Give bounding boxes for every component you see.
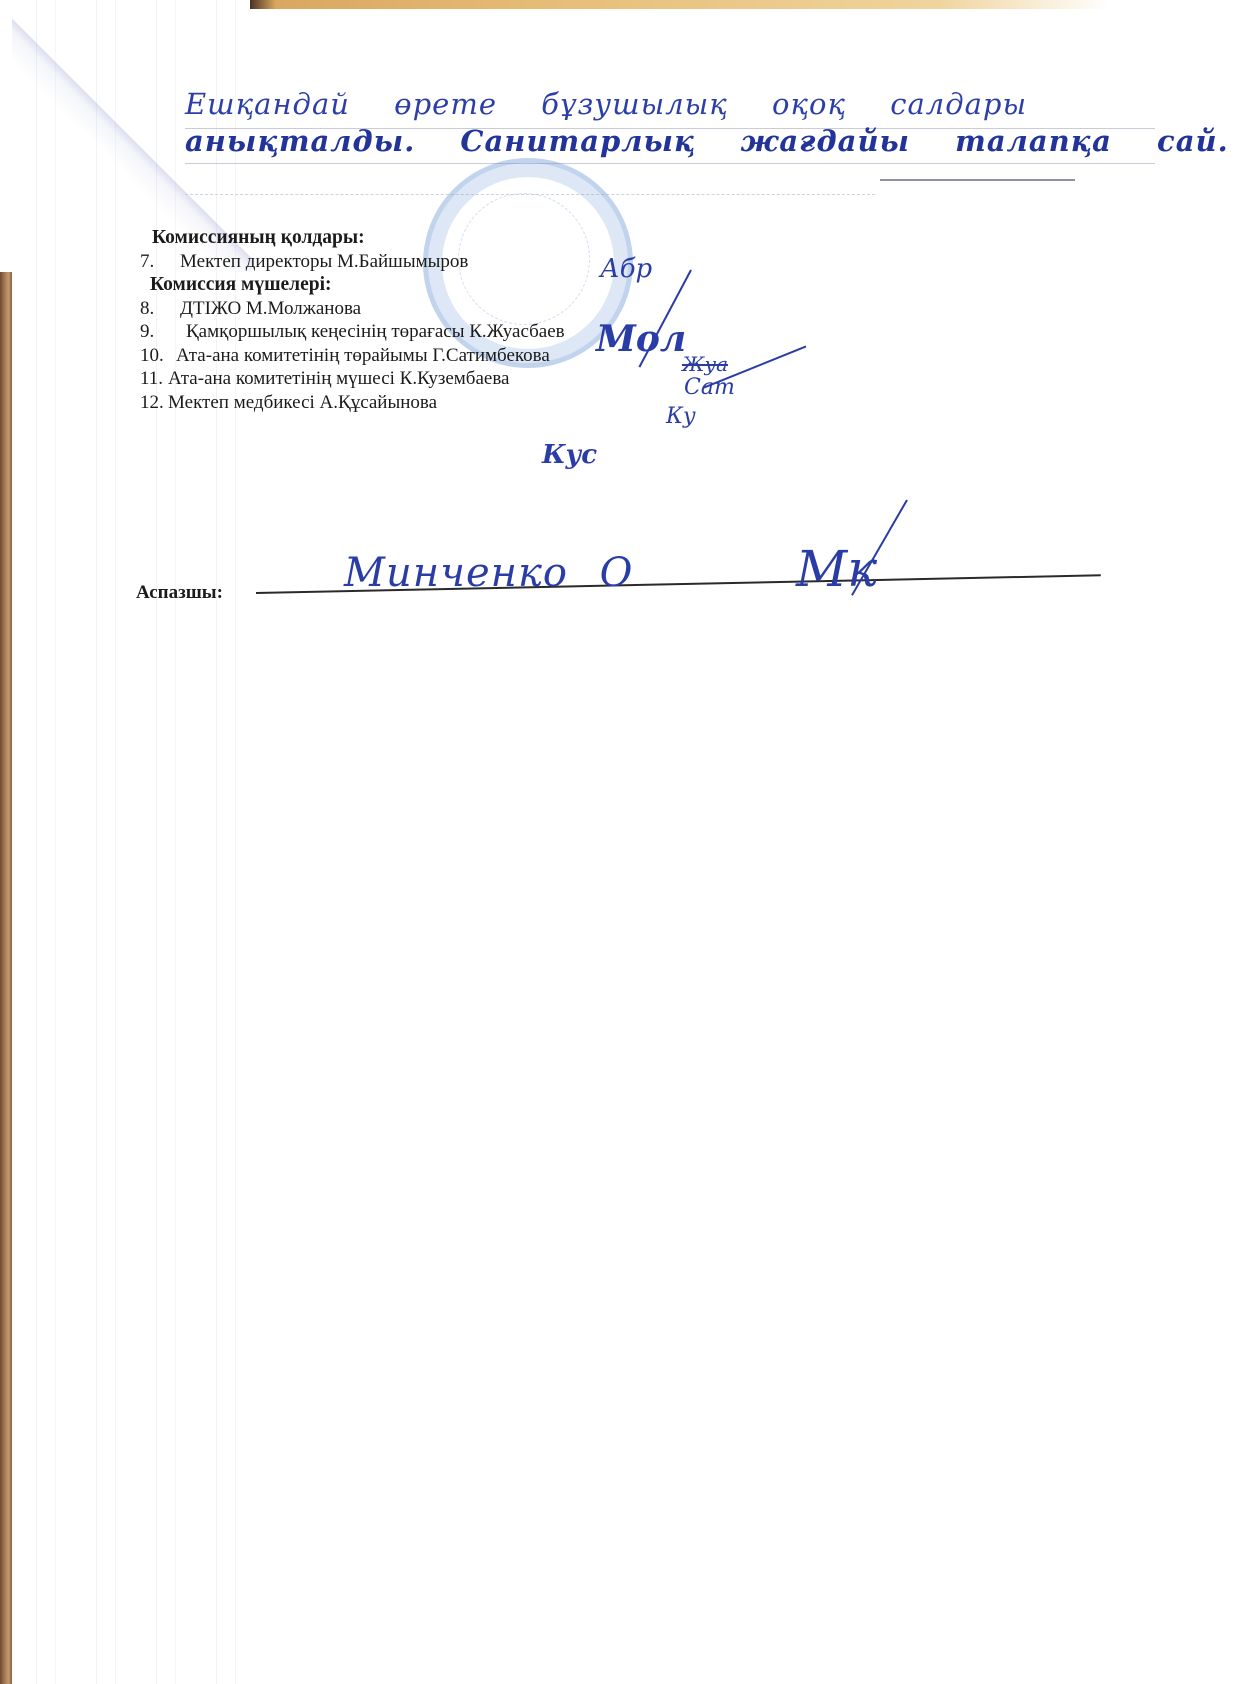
signature-kusaiynova: Кус <box>542 440 597 470</box>
member-row: 10. Ата-ана комитетінің төрайымы Г.Сатим… <box>140 344 840 368</box>
member-name: Мектеп медбикесі А.Құсайынова <box>168 391 437 415</box>
cook-name-handwritten: Минченко О <box>344 550 633 596</box>
hand-word: анықталды. <box>185 124 415 158</box>
member-name: Ата-ана комитетінің мүшесі К.Кузембаева <box>168 367 509 391</box>
member-row: 8. ДТІЖО М.Молжанова <box>140 297 840 321</box>
member-number: 8. <box>140 297 180 321</box>
hand-word: талапқа <box>955 124 1112 158</box>
hand-word: сай. <box>1157 124 1229 158</box>
chair-heading: Комиссияның қолдары: <box>152 226 840 250</box>
member-name: Мектеп директоры М.Байшымыров <box>180 250 468 274</box>
member-row: 11. Ата-ана комитетінің мүшесі К.Куземба… <box>140 367 840 391</box>
hand-word: Санитарлық <box>460 124 695 158</box>
member-name: Ата-ана комитетінің төрайымы Г.Сатимбеко… <box>176 344 550 368</box>
members-heading: Комиссия мүшелері: <box>150 273 840 297</box>
hand-word: жағдайы <box>741 124 911 158</box>
member-name: Қамқоршылық кеңесінің төрағасы К.Жуасбае… <box>186 320 565 344</box>
member-name: ДТІЖО М.Молжанова <box>180 297 361 321</box>
member-number: 9. <box>140 320 186 344</box>
member-number: 12. <box>140 391 168 415</box>
wooden-table-top-edge <box>250 0 1110 9</box>
ruled-line-end <box>880 179 1075 181</box>
hand-word: салдары <box>890 87 1027 121</box>
cook-label: Аспазшы: <box>136 582 223 604</box>
member-row: 7. Мектеп директоры М.Байшымыров <box>140 250 840 274</box>
hand-word: Ешқандай <box>185 87 350 121</box>
member-number: 11. <box>140 367 168 391</box>
member-number: 10. <box>140 344 176 368</box>
member-number: 7. <box>140 250 180 274</box>
hand-word: оқоқ <box>772 87 846 121</box>
member-row: 12. Мектеп медбикесі А.Құсайынова <box>140 391 840 415</box>
hand-word: өрете <box>394 87 497 121</box>
empty-ruled-line <box>185 164 875 195</box>
handwritten-line-2: анықталды. Санитарлық жағдайы талапқа са… <box>185 119 1155 164</box>
hand-word: бұзушылық <box>541 87 728 121</box>
wooden-table-left-edge <box>0 272 12 1684</box>
cook-signature-line: Аспазшы: Минченко О Мк <box>136 560 1116 610</box>
commission-signatures: Комиссияның қолдары: 7. Мектеп директоры… <box>140 226 840 414</box>
member-row: 9. Қамқоршылық кеңесінің төрағасы К.Жуас… <box>140 320 840 344</box>
